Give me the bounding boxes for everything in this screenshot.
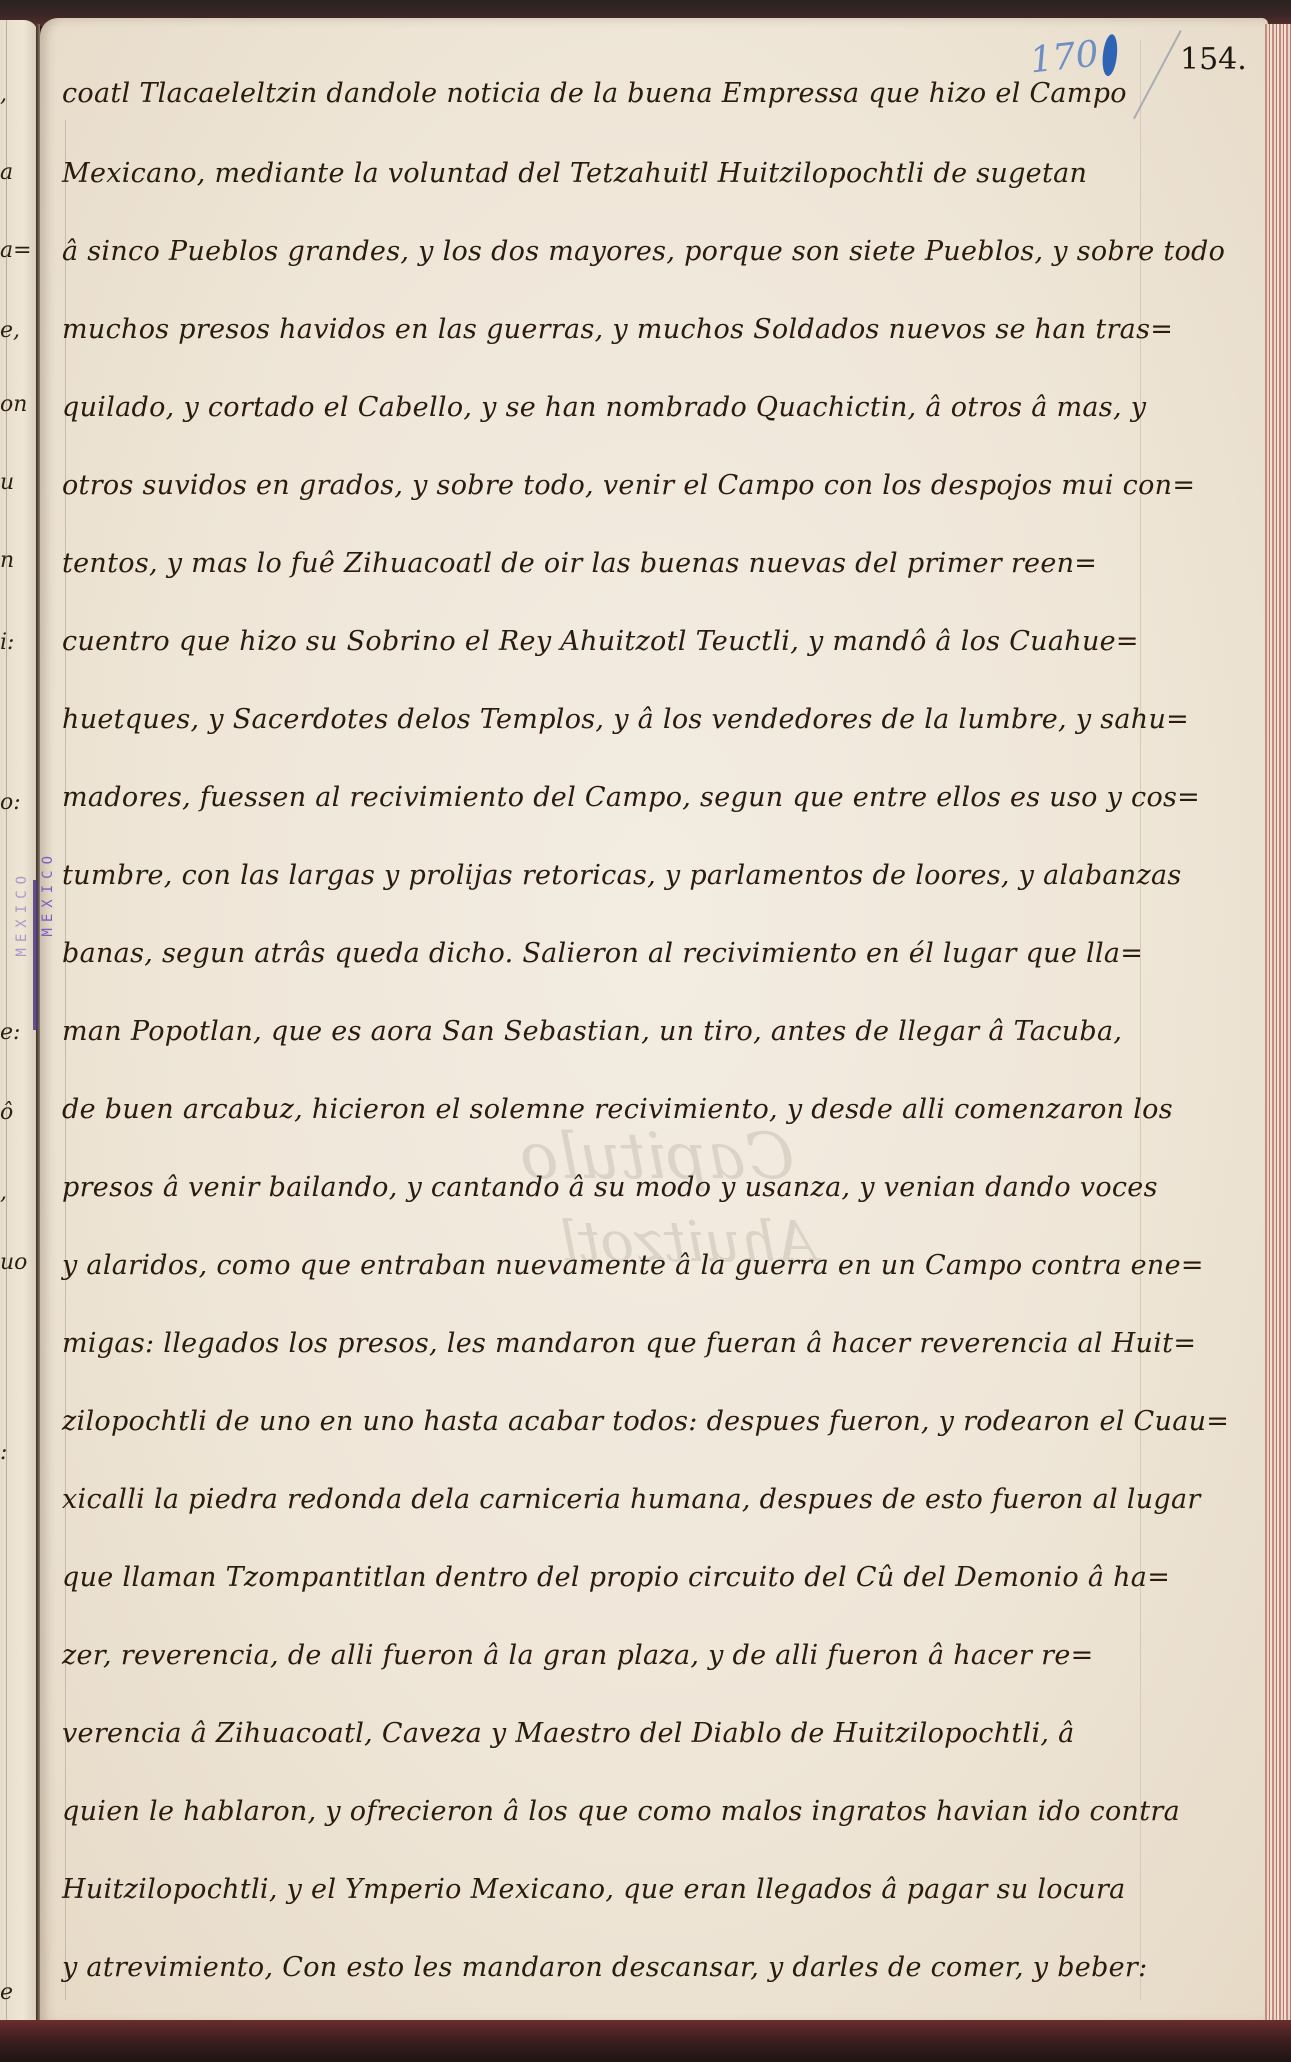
previous-page-fragment: a= [0, 238, 32, 263]
text-line: quilado, y cortado el Cabello, y se han … [62, 392, 1146, 423]
library-stamp: MEXICO [40, 850, 56, 937]
text-line: coatl Tlacaeleltzin dandole noticia de l… [62, 78, 1127, 109]
text-line: de buen arcabuz, hicieron el solemne rec… [62, 1094, 1173, 1125]
previous-page-fragment: on [0, 392, 27, 417]
folio-number: 154. [1180, 42, 1247, 77]
text-line: cuentro que hizo su Sobrino el Rey Ahuit… [62, 626, 1139, 657]
text-line: migas: llegados los presos, les mandaron… [62, 1328, 1196, 1359]
text-line: y alaridos, como que entraban nuevamente… [62, 1250, 1204, 1281]
previous-page-fragment: , [0, 1180, 7, 1205]
previous-page-fragment: uo [0, 1250, 27, 1275]
text-line: otros suvidos en grados, y sobre todo, v… [62, 470, 1195, 501]
previous-page-fragment: e: [0, 1020, 20, 1045]
previous-page-fragment: n [0, 548, 14, 573]
previous-page-fragment: : [0, 1440, 7, 1465]
previous-page-fragment: i: [0, 630, 14, 655]
previous-page-fragment: ô [0, 1100, 13, 1125]
text-line: quien le hablaron, y ofrecieron â los qu… [62, 1796, 1180, 1827]
text-line: muchos presos havidos en las guerras, y … [62, 314, 1173, 345]
text-line: y atrevimiento, Con esto les mandaron de… [62, 1952, 1148, 1983]
text-line: tentos, y mas lo fuê Zihuacoatl de oir l… [62, 548, 1097, 579]
previous-page-fragment: e, [0, 318, 20, 343]
text-line: que llaman Tzompantitlan dentro del prop… [62, 1562, 1170, 1593]
book-binding-bottom [0, 2020, 1291, 2062]
text-line: verencia â Zihuacoatl, Caveza y Maestro … [62, 1718, 1075, 1749]
blue-pencil-mark-icon [1100, 34, 1118, 77]
pencil-annotation-text: 170 [1028, 33, 1101, 81]
text-line: presos â venir bailando, y cantando â su… [62, 1172, 1158, 1203]
text-line: Mexicano, mediante la voluntad del Tetza… [62, 158, 1087, 189]
text-line: man Popotlan, que es aora San Sebastian,… [62, 1016, 1122, 1047]
text-line: zilopochtli de uno en uno hasta acabar t… [62, 1406, 1229, 1437]
text-line: zer, reverencia, de alli fueron â la gra… [62, 1640, 1094, 1671]
previous-page-fragment: a [0, 160, 13, 185]
previous-page-fragment: u [0, 470, 14, 495]
text-line: madores, fuessen al recivimiento del Cam… [62, 782, 1200, 813]
pencil-folio-annotation: 170 [1028, 32, 1119, 85]
library-stamp-faded: MEXICO [14, 870, 30, 957]
text-line: xicalli la piedra redonda dela carniceri… [62, 1484, 1201, 1515]
text-line: Huitzilopochtli, y el Ymperio Mexicano, … [62, 1874, 1126, 1905]
previous-page-fragment: , [0, 82, 7, 107]
library-stamp-bar [33, 880, 38, 1030]
text-line: â sinco Pueblos grandes, y los dos mayor… [62, 236, 1225, 267]
page-edges-red [1265, 24, 1291, 2020]
previous-page-fragment: e [0, 1980, 13, 2005]
text-line: banas, segun atrâs queda dicho. Salieron… [62, 938, 1143, 969]
previous-page-fragment: o: [0, 790, 21, 815]
text-line: huetques, y Sacerdotes delos Templos, y … [62, 704, 1189, 735]
text-line: tumbre, con las largas y prolijas retori… [62, 860, 1182, 891]
